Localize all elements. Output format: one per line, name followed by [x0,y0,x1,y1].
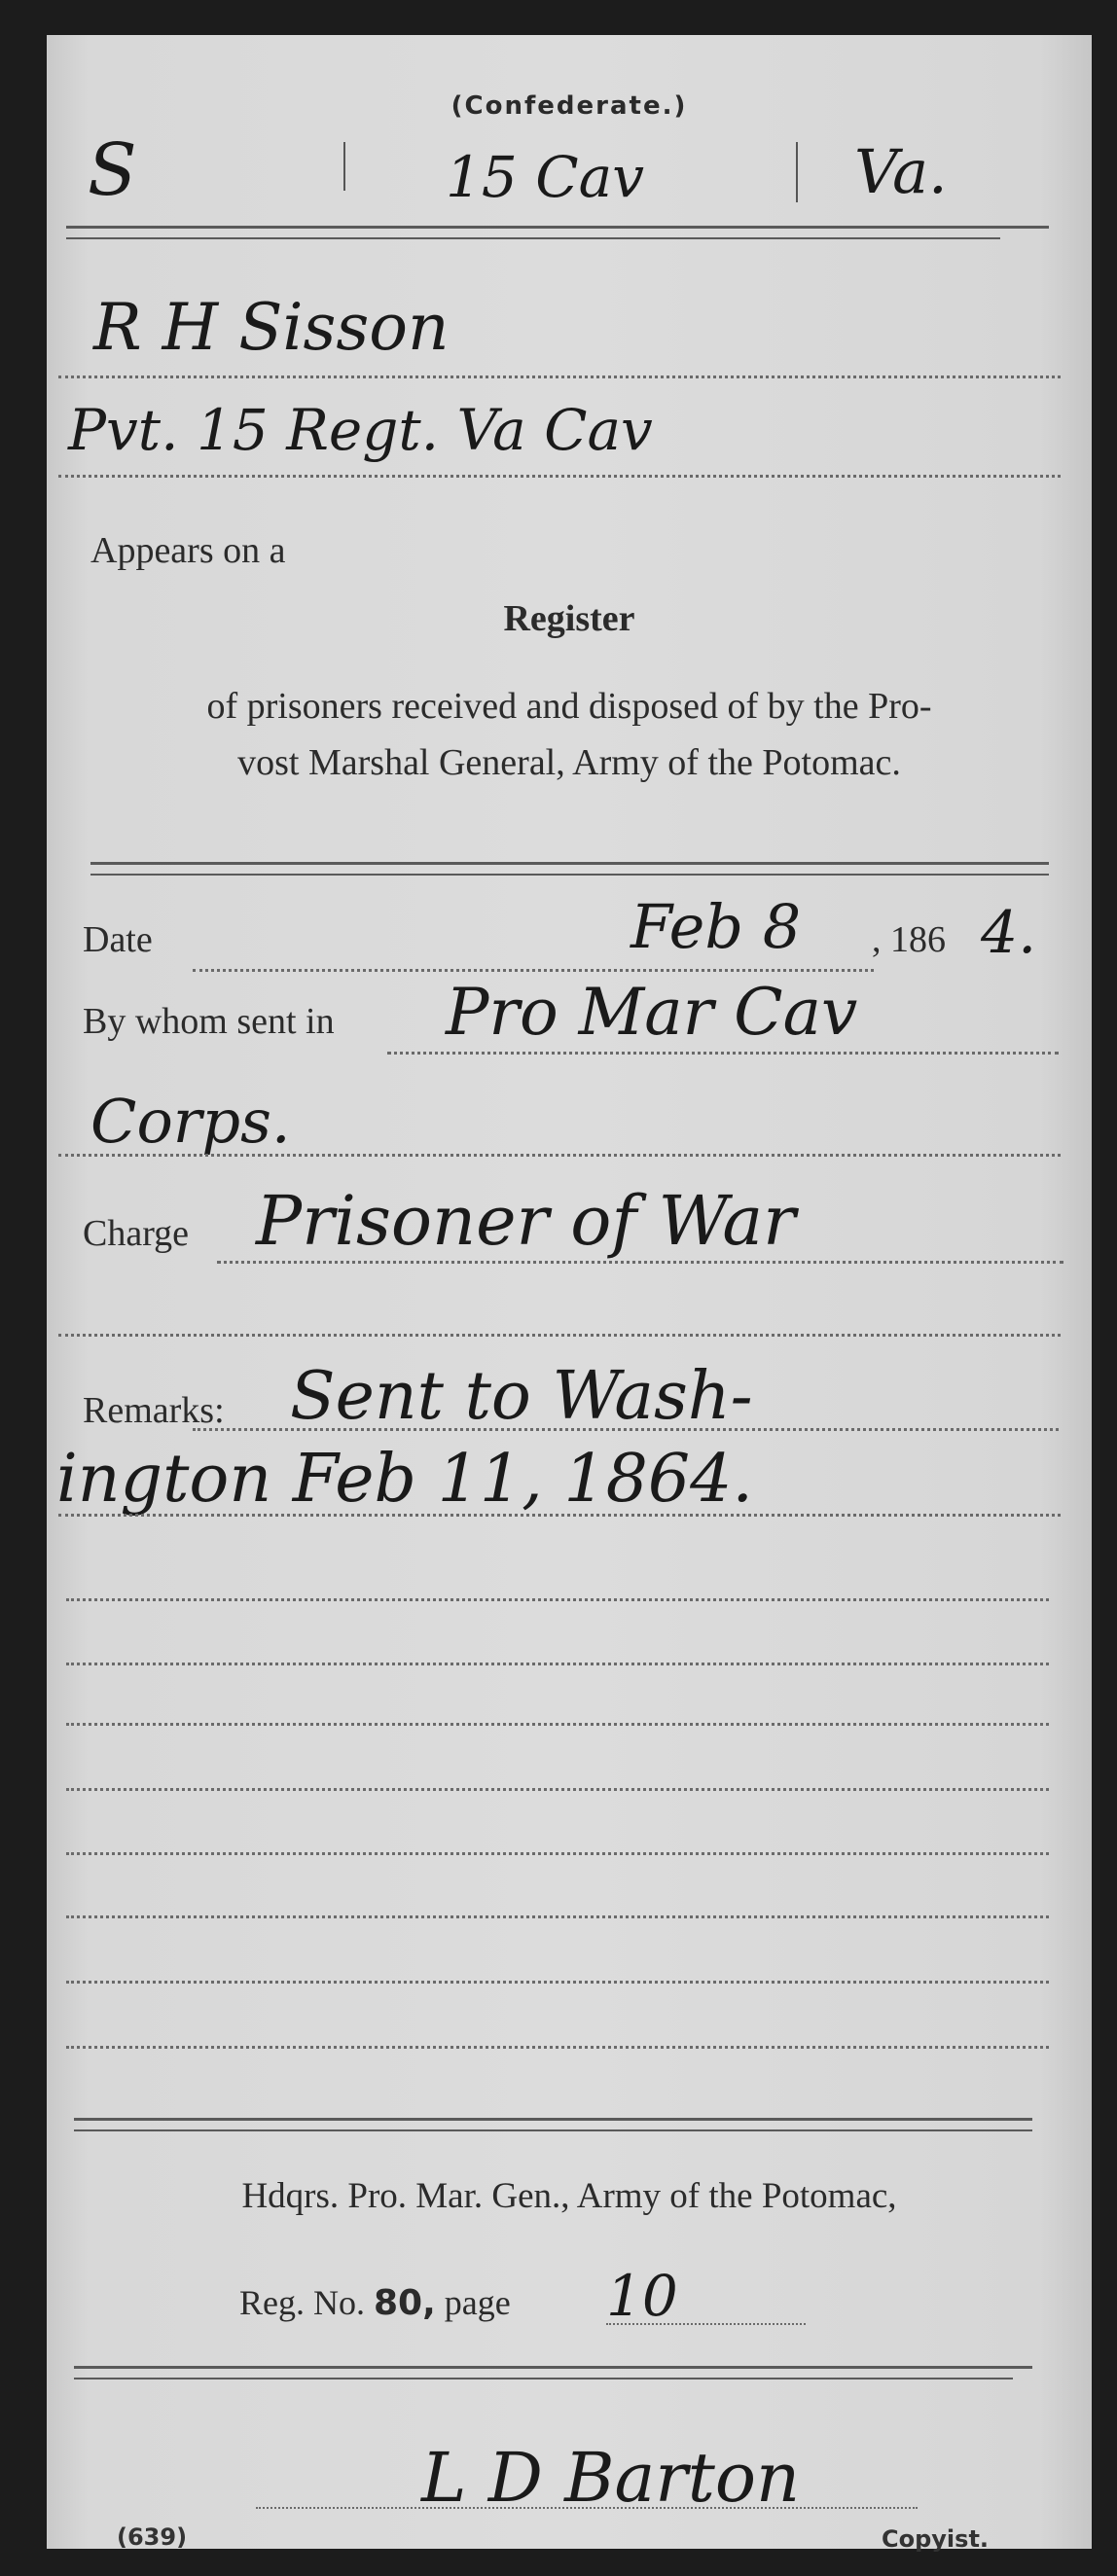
blank-line [66,1598,1049,1601]
date-year-handwritten: 4. [981,899,1036,967]
soldier-name: R H Sisson [93,290,450,365]
date-year-printed: , 186 [872,918,946,961]
copyist-signature: L D Barton [421,2438,800,2518]
name-line [58,376,1061,378]
remarks-value-line1: Sent to Wash- [290,1358,753,1435]
register-description-line2: vost Marshal General, Army of the Potoma… [47,741,1092,784]
signature-line [256,2507,918,2509]
reg-line: Reg. No. 80, page [239,2282,511,2323]
date-label: Date [83,918,153,961]
charge-line [58,1334,1061,1337]
blank-line [66,1852,1049,1855]
sent-by-value-line2: Corps. [90,1086,291,1157]
blank-line [66,1915,1049,1918]
register-card: (Confederate.) S 15 Cav Va. R H Sisson P… [47,35,1092,2549]
page-line [606,2323,806,2325]
footer-rule [74,2129,1032,2131]
charge-label: Charge [83,1212,189,1255]
remarks-line [58,1514,1061,1517]
blank-line [66,1663,1049,1665]
section-rule [90,862,1049,865]
appears-on-label: Appears on a [90,529,285,572]
charge-line [217,1261,1063,1264]
reg-prefix: Reg. No. [239,2283,365,2322]
footer-rule [74,2366,1032,2369]
blank-line [66,1981,1049,1984]
register-title: Register [47,597,1092,640]
header-rule [66,237,1000,239]
date-value: Feb 8 [631,891,801,962]
state-value: Va. [854,136,948,207]
blank-line [66,2046,1049,2049]
soldier-rank-unit: Pvt. 15 Regt. Va Cav [68,397,653,463]
remarks-label: Remarks: [83,1389,225,1432]
date-line [193,969,874,972]
reg-number: 80, [374,2283,436,2323]
blank-line [66,1723,1049,1726]
header-rule [66,226,1049,229]
remarks-value-line2: ington Feb 11, 1864. [56,1441,753,1518]
footer-rule [74,2378,1013,2379]
header-divider [343,142,345,191]
initial-value: S [88,128,137,212]
unit-value: 15 Cav [446,144,644,210]
classification-heading: (Confederate.) [47,91,1092,121]
section-rule [90,874,1049,876]
hdqrs-line: Hdqrs. Pro. Mar. Gen., Army of the Potom… [47,2175,1092,2217]
sent-by-line [58,1154,1061,1157]
page-value: 10 [606,2263,678,2329]
register-description-line1: of prisoners received and disposed of by… [47,685,1092,728]
page-label: page [445,2283,511,2322]
blank-line [66,1788,1049,1791]
sent-by-label: By whom sent in [83,1000,335,1043]
form-number: (639) [117,2523,187,2551]
copyist-label: Copyist. [882,2525,989,2553]
rank-line [58,475,1061,478]
header-divider [796,142,798,202]
remarks-line [193,1428,1059,1431]
sent-by-value-line1: Pro Mar Cav [446,975,857,1050]
footer-rule [74,2118,1032,2121]
charge-value: Prisoner of War [256,1181,796,1261]
sent-by-line [387,1052,1059,1055]
